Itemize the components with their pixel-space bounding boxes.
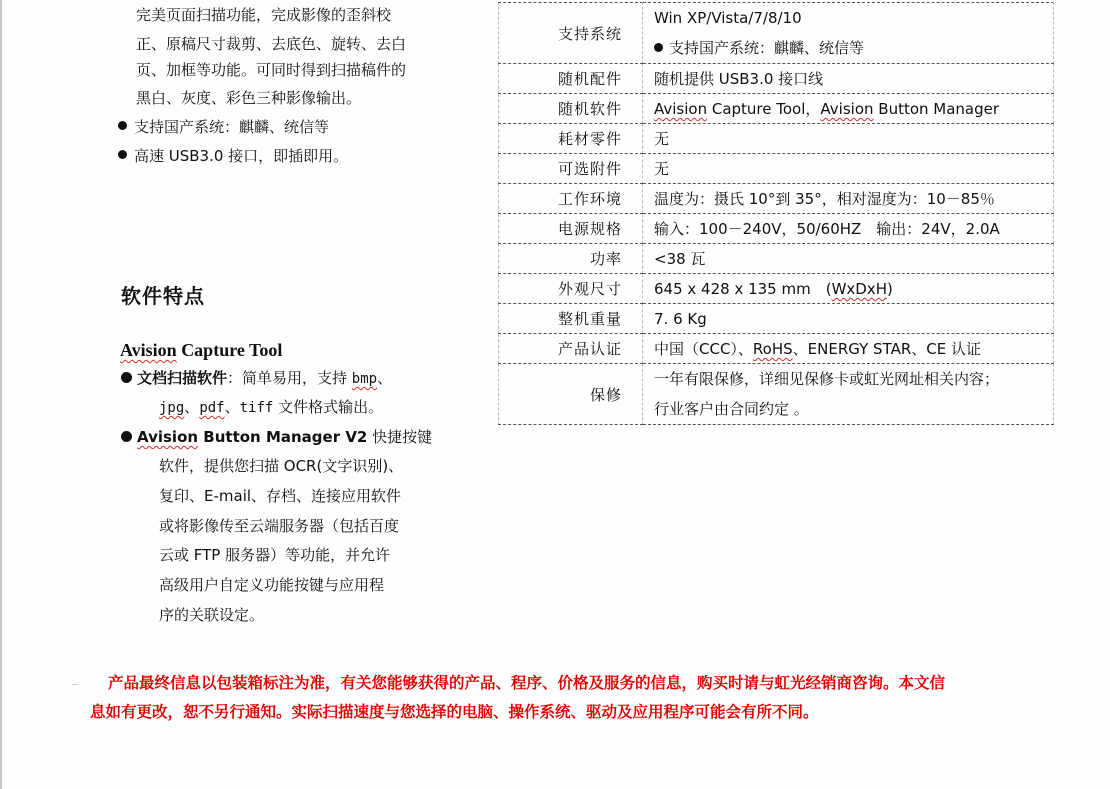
table-row: 随机配件 随机提供 USB3.0 接口线 — [499, 64, 1054, 94]
table-row: 外观尺寸 645 x 428 x 135 mm (WxDxH) — [499, 274, 1054, 304]
spec-label: 耗材零件 — [499, 124, 643, 154]
spec-value: <38 瓦 — [643, 244, 1054, 274]
software-item-continuation: 复印、E-mail、存档、连接应用软件 — [159, 482, 439, 512]
spec-table: 支持系统 Win XP/Vista/7/8/10 支持国产系统：麒麟、统信等 随… — [498, 2, 1054, 425]
spec-value: 7. 6 Kg — [643, 304, 1054, 334]
spec-label: 随机配件 — [499, 64, 643, 94]
bullet-icon — [121, 372, 132, 383]
spec-label: 产品认证 — [499, 334, 643, 364]
spec-value-line: Win XP/Vista/7/8/10 — [654, 3, 1043, 33]
spec-value-line: 支持国产系统：麒麟、统信等 — [654, 33, 1043, 63]
feature-bullet: 支持国产系统：麒麟、统信等 — [118, 113, 329, 142]
software-item-continuation: 云或 FTP 服务器）等功能，并允许 — [159, 541, 439, 571]
software-title: Avision Capture Tool — [120, 340, 282, 361]
table-row: 产品认证 中国（CCC）、RoHS、ENERGY STAR、CE 认证 — [499, 334, 1054, 364]
table-row: 耗材零件 无 — [499, 124, 1054, 154]
spec-label: 外观尺寸 — [499, 274, 643, 304]
intro-line: 黑白、灰度、彩色三种影像输出。 — [136, 84, 436, 114]
spec-label: 保修 — [499, 364, 643, 425]
bullet-icon — [121, 431, 132, 442]
table-row: 工作环境 温度为：摄氏 10°到 35°，相对湿度为：10－85％ — [499, 184, 1054, 214]
software-item-continuation: 软件，提供您扫描 OCR(文字识别)、 — [159, 452, 439, 482]
spec-value-line: 一年有限保修，详细见保修卡或虹光网址相关内容； — [654, 364, 1043, 394]
intro-line: 页、加框等功能。可同时得到扫描稿件的 — [136, 56, 436, 86]
spec-value: 温度为：摄氏 10°到 35°，相对湿度为：10－85％ — [643, 184, 1054, 214]
table-row: 电源规格 输入：100－240V，50/60HZ 输出：24V，2.0A — [499, 214, 1054, 244]
notice-line: 产品最终信息以包装箱标注为准，有关您能够获得的产品、程序、价格及服务的信息，购买… — [90, 668, 1030, 697]
disclaimer-notice: 产品最终信息以包装箱标注为准，有关您能够获得的产品、程序、价格及服务的信息，购买… — [90, 668, 1030, 726]
bullet-icon — [118, 150, 127, 159]
software-item-text: ：简单易用，支持 bmp、 — [227, 369, 392, 387]
software-item-text: 快捷按键 — [367, 428, 432, 446]
spec-label: 电源规格 — [499, 214, 643, 244]
table-row: 功率 <38 瓦 — [499, 244, 1054, 274]
software-item-continuation: 序的关联设定。 — [159, 601, 439, 631]
table-row: 支持系统 Win XP/Vista/7/8/10 支持国产系统：麒麟、统信等 — [499, 3, 1054, 64]
spec-value: 一年有限保修，详细见保修卡或虹光网址相关内容； 行业客户由合同约定 。 — [643, 364, 1054, 425]
spec-value: 无 — [643, 124, 1054, 154]
spec-value-line: 行业客户由合同约定 。 — [654, 394, 1043, 424]
spec-value: 无 — [643, 154, 1054, 184]
bullet-icon — [654, 43, 663, 52]
software-item: Avision Button Manager V2 快捷按键 — [121, 423, 432, 453]
notice-line: 息如有更改，恕不另行通知。实际扫描速度与您选择的电脑、操作系统、驱动及应用程序可… — [90, 697, 1030, 726]
software-item: 文档扫描软件：简单易用，支持 bmp、 — [121, 364, 392, 395]
section-title: 软件特点 — [121, 280, 205, 309]
feature-bullet: 高速 USB3.0 接口，即插即用。 — [118, 142, 348, 171]
spec-label: 支持系统 — [499, 3, 643, 64]
spec-value: 输入：100－240V，50/60HZ 输出：24V，2.0A — [643, 214, 1054, 244]
spec-label: 随机软件 — [499, 94, 643, 124]
software-item-name: 文档扫描软件 — [137, 369, 227, 387]
table-row: 整机重量 7. 6 Kg — [499, 304, 1054, 334]
spec-value: 中国（CCC）、RoHS、ENERGY STAR、CE 认证 — [643, 334, 1054, 364]
stray-mark — [72, 684, 78, 685]
spec-value: 随机提供 USB3.0 接口线 — [643, 64, 1054, 94]
spec-label: 可选附件 — [499, 154, 643, 184]
table-row: 随机软件 Avision Capture Tool，Avision Button… — [499, 94, 1054, 124]
software-item-continuation: 或将影像传至云端服务器（包括百度 — [159, 512, 439, 542]
page-edge — [0, 0, 2, 789]
spec-label: 整机重量 — [499, 304, 643, 334]
software-item-name: Avision Button Manager V2 — [137, 428, 367, 446]
spec-label: 功率 — [499, 244, 643, 274]
intro-line: 完美页面扫描功能，完成影像的歪斜校 — [136, 1, 436, 31]
table-row: 可选附件 无 — [499, 154, 1054, 184]
table-row: 保修 一年有限保修，详细见保修卡或虹光网址相关内容； 行业客户由合同约定 。 — [499, 364, 1054, 425]
bullet-text: 支持国产系统：麒麟、统信等 — [134, 118, 329, 136]
spec-value: Avision Capture Tool，Avision Button Mana… — [643, 94, 1054, 124]
bullet-icon — [118, 121, 127, 130]
software-item-continuation: jpg、pdf、tiff 文件格式输出。 — [159, 393, 439, 424]
spec-label: 工作环境 — [499, 184, 643, 214]
bullet-text: 高速 USB3.0 接口，即插即用。 — [134, 147, 348, 165]
software-item-continuation: 高级用户自定义功能按键与应用程 — [159, 571, 439, 601]
spec-value: Win XP/Vista/7/8/10 支持国产系统：麒麟、统信等 — [643, 3, 1054, 64]
spellcheck-word: Avision — [120, 340, 177, 360]
spec-value: 645 x 428 x 135 mm (WxDxH) — [643, 274, 1054, 304]
